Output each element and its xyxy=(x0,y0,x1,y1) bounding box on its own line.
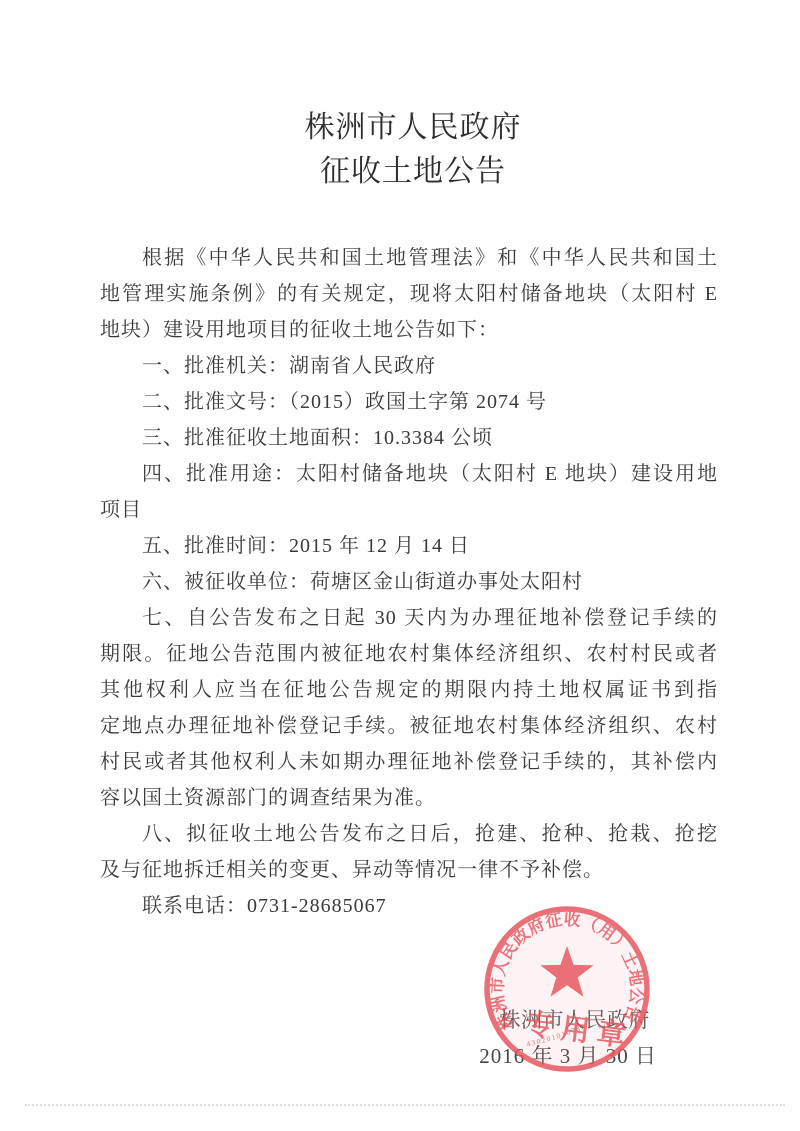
document-body: 根据《中华人民共和国土地管理法》和《中华人民共和国土 地管理实施条例》的有关规定… xyxy=(100,240,718,924)
body-line: 根据《中华人民共和国土地管理法》和《中华人民共和国土 xyxy=(100,240,718,276)
scanned-document-page: 株洲市人民政府 征收土地公告 根据《中华人民共和国土地管理法》和《中华人民共和国… xyxy=(0,0,800,1131)
body-line-item-7: 七、自公告发布之日起 30 天内为办理征地补偿登记手续的 xyxy=(100,600,718,636)
body-line: 及与征地拆迁相关的变更、异动等情况一律不予补偿。 xyxy=(100,852,718,888)
official-seal: 株洲市人民政府征收（用）土地公告 专用章 430201010788 xyxy=(479,901,655,1077)
body-line: 地块）建设用地项目的征收土地公告如下： xyxy=(100,312,718,348)
body-line-item-3: 三、批准征收土地面积：10.3384 公顷 xyxy=(100,420,718,456)
body-line: 期限。征地公告范围内被征地农村集体经济组织、农村村民或者 xyxy=(100,636,718,672)
title-subject: 征收土地公告 xyxy=(13,150,800,194)
body-line: 地管理实施条例》的有关规定，现将太阳村储备地块（太阳村 E xyxy=(100,276,718,312)
body-line: 其他权利人应当在征地公告规定的期限内持土地权属证书到指 xyxy=(100,672,718,708)
body-line: 容以国土资源部门的调查结果为准。 xyxy=(100,780,718,816)
body-line-item-1: 一、批准机关：湖南省人民政府 xyxy=(100,348,718,384)
scan-artifact-line xyxy=(25,1104,785,1106)
body-line-item-5: 五、批准时间：2015 年 12 月 14 日 xyxy=(100,528,718,564)
body-line-item-4: 四、批准用途：太阳村储备地块（太阳村 E 地块）建设用地 xyxy=(100,456,718,492)
document-title: 株洲市人民政府 征收土地公告 xyxy=(13,106,800,194)
body-line-item-8: 八、拟征收土地公告发布之日后，抢建、抢种、抢栽、抢挖 xyxy=(100,816,718,852)
title-issuer: 株洲市人民政府 xyxy=(13,106,800,150)
body-line: 定地点办理征地补偿登记手续。被征地农村集体经济组织、农村 xyxy=(100,708,718,744)
body-line-item-2: 二、批准文号：（2015）政国土字第 2074 号 xyxy=(100,384,718,420)
body-line-item-6: 六、被征收单位：荷塘区金山街道办事处太阳村 xyxy=(100,564,718,600)
body-line: 项目 xyxy=(100,492,718,528)
body-line: 村民或者其他权利人未如期办理征地补偿登记手续的，其补偿内 xyxy=(100,744,718,780)
